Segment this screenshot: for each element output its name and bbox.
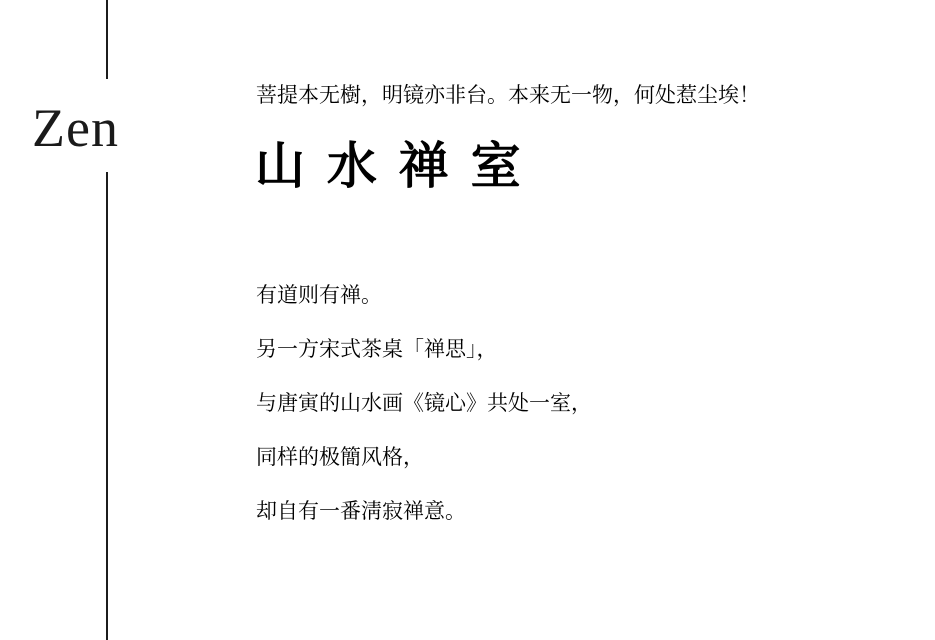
paragraph-line: 有道则有禅。: [256, 268, 592, 322]
poem-quote: 菩提本无樹，明镜亦非台。本来无一物，何处惹尘埃！: [256, 82, 760, 108]
body-paragraph: 有道则有禅。 另一方宋式茶桌「禅思」， 与唐寅的山水画《镜心》共处一室， 同样的…: [256, 268, 592, 538]
page-title: 山 水 禅 室: [255, 138, 525, 194]
vertical-rule-bottom: [106, 172, 108, 640]
vertical-rule-top: [106, 0, 108, 79]
page-container: Zen 菩提本无樹，明镜亦非台。本来无一物，何处惹尘埃！ 山 水 禅 室 有道则…: [0, 0, 935, 640]
paragraph-line: 却自有一番淸寂禅意。: [256, 484, 592, 538]
paragraph-line: 与唐寅的山水画《镜心》共处一室，: [256, 376, 592, 430]
paragraph-line: 同样的极簡风格，: [256, 430, 592, 484]
paragraph-line: 另一方宋式茶桌「禅思」，: [256, 322, 592, 376]
zen-brand: Zen: [32, 101, 119, 155]
